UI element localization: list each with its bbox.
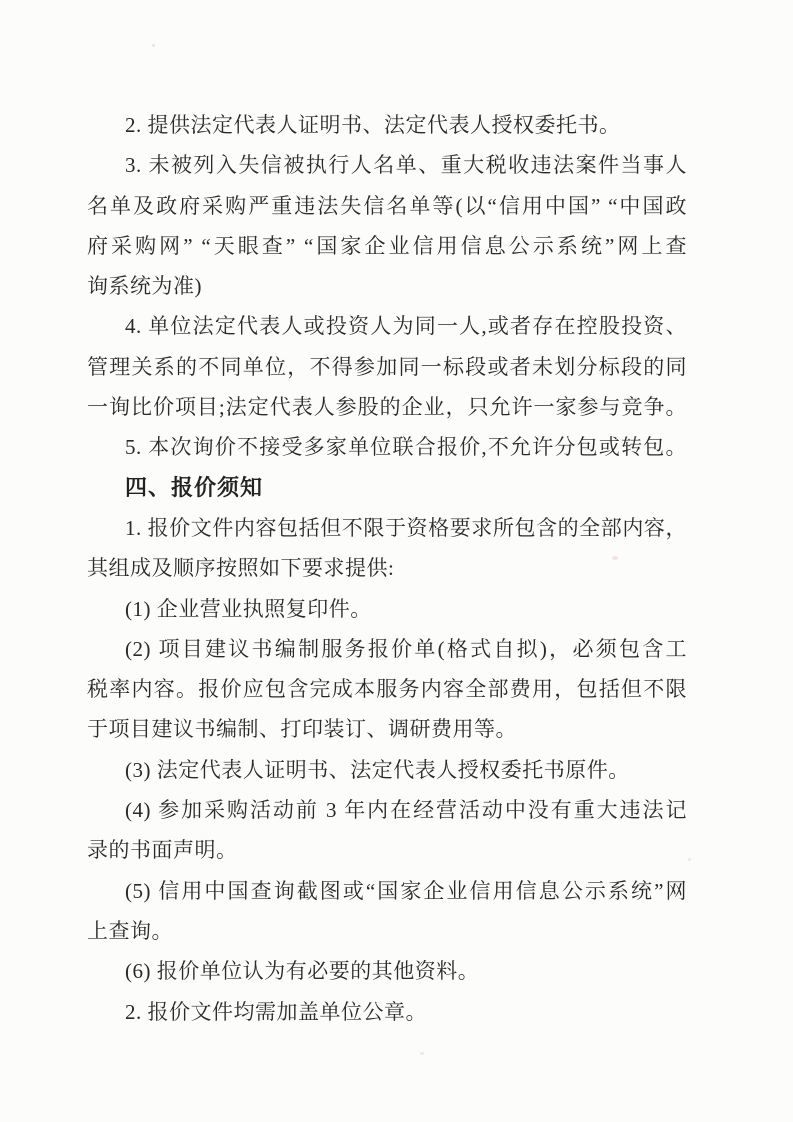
text-line: 录的书面声明。 bbox=[87, 830, 687, 870]
text-line: (1) 企业营业执照复印件。 bbox=[87, 589, 687, 629]
text-line: 于项目建议书编制、打印装订、调研费用等。 bbox=[87, 709, 687, 749]
text-line: 一询比价项目;法定代表人参股的企业，只允许一家参与竞争。 bbox=[87, 387, 687, 427]
text-line: 名单及政府采购严重违法失信名单等(以“信用中国” “中国政 bbox=[87, 186, 687, 226]
scan-speck bbox=[152, 44, 155, 47]
text-line: (2) 项目建议书编制服务报价单(格式自拟)，必须包含工期、 bbox=[87, 629, 687, 669]
text-line: 4. 单位法定代表人或投资人为同一人,或者存在控股投资、 bbox=[87, 306, 687, 346]
text-line: 其组成及顺序按照如下要求提供: bbox=[87, 548, 687, 588]
text-line: 税率内容。报价应包含完成本服务内容全部费用，包括但不限 bbox=[87, 669, 687, 709]
text-line: (6) 报价单位认为有必要的其他资料。 bbox=[87, 951, 687, 991]
text-line: 3. 未被列入失信被执行人名单、重大税收违法案件当事人 bbox=[87, 145, 687, 185]
scanned-document-page: 2. 提供法定代表人证明书、法定代表人授权委托书。 3. 未被列入失信被执行人名… bbox=[0, 0, 793, 1122]
document-text-block: 2. 提供法定代表人证明书、法定代表人授权委托书。 3. 未被列入失信被执行人名… bbox=[87, 105, 687, 1032]
text-line: 上查询。 bbox=[87, 911, 687, 951]
text-line: (4) 参加采购活动前 3 年内在经营活动中没有重大违法记 bbox=[87, 790, 687, 830]
text-line: 管理关系的不同单位，不得参加同一标段或者未划分标段的同 bbox=[87, 347, 687, 387]
text-line: 1. 报价文件内容包括但不限于资格要求所包含的全部内容， bbox=[87, 508, 687, 548]
text-line: (5) 信用中国查询截图或“国家企业信用信息公示系统”网 bbox=[87, 871, 687, 911]
text-line: 2. 提供法定代表人证明书、法定代表人授权委托书。 bbox=[87, 105, 687, 145]
text-line: 府采购网” “天眼查” “国家企业信用信息公示系统”网上查 bbox=[87, 226, 687, 266]
text-line: 2. 报价文件均需加盖单位公章。 bbox=[87, 992, 687, 1032]
scan-speck bbox=[420, 1052, 424, 1055]
text-line: 5. 本次询价不接受多家单位联合报价,不允许分包或转包。 bbox=[87, 427, 687, 467]
scan-speck bbox=[688, 858, 691, 861]
section-heading: 四、报价须知 bbox=[87, 468, 687, 508]
text-line: 询系统为准) bbox=[87, 266, 687, 306]
text-line: (3) 法定代表人证明书、法定代表人授权委托书原件。 bbox=[87, 750, 687, 790]
